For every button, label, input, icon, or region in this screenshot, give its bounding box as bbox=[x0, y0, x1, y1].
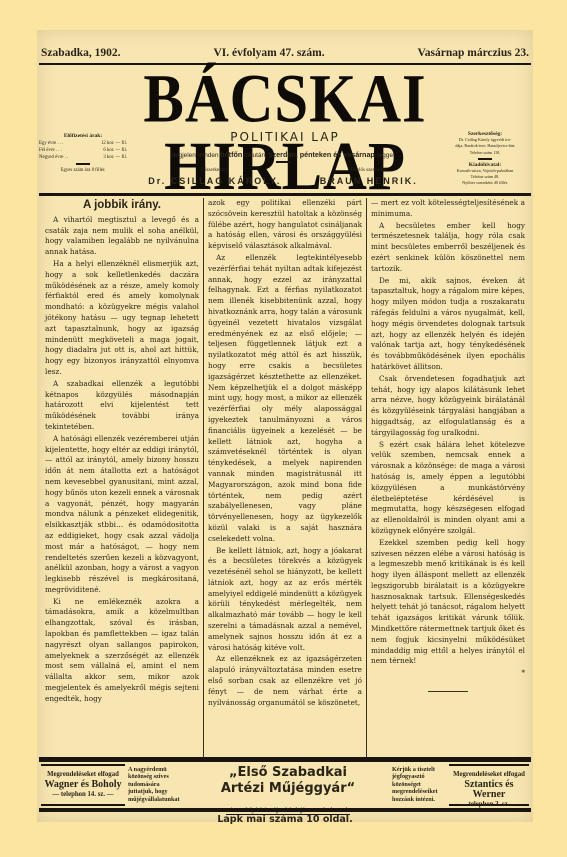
issue-date: Vasárnap márczius 23. bbox=[418, 47, 530, 61]
chief-editor: Főszerkesztő: Dr. CSILLAG KÁROLY. bbox=[148, 168, 281, 186]
ad-artezi-mujeggyar: „Első Szabadkai Artézi Műjéggyár“ czimen… bbox=[187, 764, 389, 806]
article-title: A jobbik irány. bbox=[45, 200, 199, 211]
place-year: Szabadka, 1902. bbox=[41, 47, 121, 61]
footer-rule bbox=[39, 808, 531, 812]
dateline: Szabadka, 1902. VI. évfolyam 47. szám. V… bbox=[37, 47, 533, 61]
divider bbox=[276, 161, 290, 163]
signature-mark: * bbox=[371, 668, 525, 679]
ad-notice-left: A nagyérdemü közönség szives tudomására … bbox=[125, 764, 187, 806]
price-row: Fél évre . . .6 kor. — fil. bbox=[39, 147, 127, 154]
price-row: Negyed évre . .3 kor. — fil. bbox=[39, 154, 127, 161]
responsible-editor: Felelős szerkesztő BRAUN HENRIK. bbox=[320, 168, 418, 186]
masthead-rule bbox=[39, 193, 531, 196]
article-columns: A jobbik irány. A vihartól megtisztul a … bbox=[41, 198, 529, 758]
editorial-office-box: Szerkesztőség: Dr. Csillag Károly ügyvéd… bbox=[439, 131, 531, 187]
ad-sztantics-werner: Megrendeléseket elfogad Sztantics és Wer… bbox=[449, 764, 529, 806]
ads-rule bbox=[39, 757, 531, 762]
volume-number: VI. évfolyam 47. szám. bbox=[213, 47, 324, 61]
subscription-heading: Előfizetési árak: bbox=[39, 133, 127, 140]
newspaper-page: Szabadka, 1902. VI. évfolyam 47. szám. V… bbox=[37, 30, 533, 822]
advertisements: Megrendeléseket elfogad Wagner és Boholy… bbox=[41, 764, 529, 806]
publication-schedule: Megjelen minden hétfőn délután, szerdán,… bbox=[129, 150, 437, 165]
divider bbox=[76, 163, 90, 165]
subscription-box: Előfizetési árak: Egy évre . . .12 kor. … bbox=[39, 133, 127, 174]
ad-notice-right: Kérjük a tisztelt jégfogyasztó közönsége… bbox=[389, 764, 449, 806]
page-count-note: Lapk mai száma 10 oldal. bbox=[37, 814, 533, 828]
editors: Főszerkesztő: Dr. CSILLAG KÁROLY. Felelő… bbox=[129, 168, 437, 186]
ad-wagner-boholy: Megrendeléseket elfogad Wagner és Boholy… bbox=[41, 764, 125, 806]
masthead-title: BÁCSKAI HIRLAP bbox=[57, 66, 513, 133]
article-column-2: azok egy politikai ellenzéki párt szócsö… bbox=[203, 198, 366, 758]
article-column-1: A jobbik irány. A vihartól megtisztul a … bbox=[41, 198, 203, 758]
end-rule bbox=[371, 685, 525, 696]
single-copy-price: Egyes szám ára 8 fillér. bbox=[39, 167, 127, 174]
price-row: Egy évre . . .12 kor. — fil. bbox=[39, 140, 127, 147]
article-column-3: — mert ez volt kötelességteljesítésének … bbox=[366, 198, 529, 758]
